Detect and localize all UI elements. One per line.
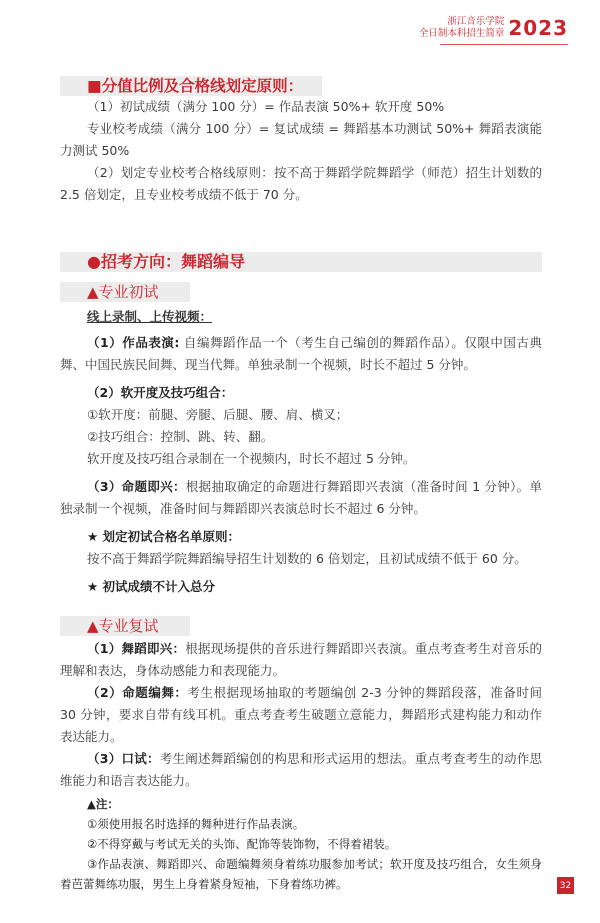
star1-label: ★ 划定初试合格名单原则：: [87, 529, 240, 544]
note-3: ③作品表演、舞蹈即兴、命题编舞须身着练功服参加考试；软开度及技巧组合，女生须身着…: [60, 854, 542, 894]
retest-title: ▲专业复试: [60, 616, 190, 636]
star1-text: 按不高于舞蹈学院舞蹈编导招生计划数的 6 倍划定，且初试成绩不低于 60 分。: [60, 548, 542, 570]
retest-item1-label: （1）舞蹈即兴：: [87, 641, 185, 656]
online-label: 线上录制、上传视频：: [87, 309, 212, 324]
score-line-1: （1）初试成绩（满分 100 分）= 作品表演 50%+ 软开度 50%: [60, 96, 542, 118]
item2-note: 软开度及技巧组合录制在一个视频内，时长不超过 5 分钟。: [60, 448, 542, 470]
page-number: 32: [557, 877, 574, 894]
score-line-2: 专业校考成绩（满分 100 分）= 复试成绩 = 舞蹈基本功测试 50%+ 舞蹈…: [60, 118, 542, 162]
page-header: 浙江音乐学院 全日制本科招生简章 2023: [419, 16, 568, 40]
retest-item3-label: （3）口试：: [87, 751, 160, 766]
note-2: ②不得穿戴与考试无关的头饰、配饰等装饰物，不得着裙装。: [60, 834, 542, 854]
item1-label: （1）作品表演:: [87, 335, 179, 350]
preliminary-title: ▲专业初试: [60, 282, 190, 302]
score-line-3: （2）划定专业校考合格线原则：按不高于舞蹈学院舞蹈学（师范）招生计划数的 2.5…: [60, 162, 542, 206]
score-section-title: ■分值比例及合格线划定原则：: [60, 76, 322, 96]
page-content: ■分值比例及合格线划定原则： （1）初试成绩（满分 100 分）= 作品表演 5…: [60, 72, 542, 894]
item3-label: （3）命题即兴：: [87, 479, 186, 494]
brochure-subtitle: 全日制本科招生简章: [419, 28, 505, 40]
note-title: ▲注：: [60, 794, 542, 814]
header-divider: [440, 44, 568, 45]
note-1: ①须使用报名时选择的舞种进行作品表演。: [60, 814, 542, 834]
item2-sub2: ②技巧组合：控制、跳、转、翻。: [60, 426, 542, 448]
item2-sub1: ①软开度：前腿、旁腿、后腿、腰、肩、横叉；: [60, 404, 542, 426]
star2-label: ★ 初试成绩不计入总分: [87, 579, 215, 594]
header-year: 2023: [508, 16, 568, 40]
direction-title: ●招考方向：舞蹈编导: [60, 252, 542, 272]
school-name: 浙江音乐学院: [419, 16, 505, 28]
header-text: 浙江音乐学院 全日制本科招生简章: [419, 16, 505, 40]
item2-label: （2）软开度及技巧组合：: [87, 385, 233, 400]
retest-item2-label: （2）命题编舞：: [87, 685, 187, 700]
